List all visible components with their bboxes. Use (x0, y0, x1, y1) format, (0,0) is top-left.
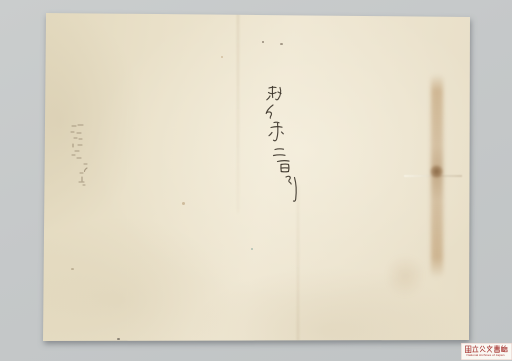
vertical-fold-crease (297, 185, 299, 341)
calligraphy-handwriting (254, 80, 310, 206)
paper-speck (262, 41, 264, 43)
ink-offset-transcription: faint illegible ink offset marks (0, 0, 1, 1)
national-archives-watermark: 国立公文書館 National Archives of Japan (461, 343, 512, 360)
scan-background: 勅令第二百号 faint illegible ink offset marks (0, 0, 512, 361)
watermark-english-text: National Archives of Japan (461, 354, 510, 357)
calligraphy-transcription: 勅令第二百号 (0, 0, 1, 1)
stain-blotch (388, 252, 422, 300)
paper-speck (280, 43, 283, 45)
paper-speck (182, 202, 185, 205)
paper-speck (71, 268, 74, 270)
stain-dark-spot (430, 165, 443, 178)
watermark-kanji-glyphs (463, 345, 510, 354)
document-paper: 勅令第二百号 faint illegible ink offset marks (0, 0, 512, 361)
paper-shadow: 勅令第二百号 faint illegible ink offset marks (0, 0, 512, 361)
paper-speck (251, 248, 253, 250)
paper-speck (221, 56, 223, 58)
vertical-fold-crease (237, 13, 239, 213)
paper-speck (117, 338, 120, 340)
ink-offset-marks (62, 120, 96, 190)
